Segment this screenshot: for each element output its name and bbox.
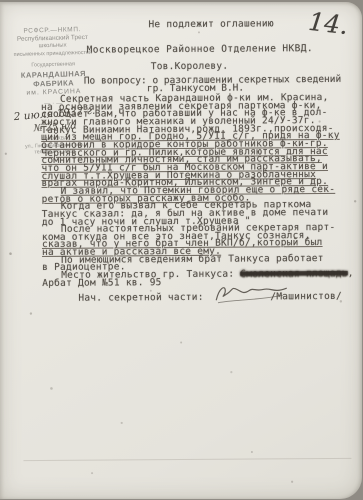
addressee-person: Тов.Королеву. (151, 61, 229, 73)
classification-stamp: Не подлежит оглашению (148, 18, 273, 30)
document-page: РСФСР.—НКМП. Республиканский Трест школь… (0, 2, 362, 499)
signature-row: Нач. секретной части: /Машинистов/ (0, 289, 363, 318)
crossed-out-text: Смоленская площадь (240, 268, 348, 280)
signature-label: Нач. секретной части: (78, 292, 203, 304)
body-text: Секретная часть Карандашной ф-ки им. Кра… (41, 94, 354, 288)
addressee-org: Москворецкое Районное Отделение НКВД. (87, 43, 313, 56)
body-line-text: , (348, 268, 354, 279)
paper-crease (23, 458, 351, 461)
typed-signer-name: /Машинистов/ (270, 291, 342, 302)
page-content: РСФСР.—НКМП. Республиканский Трест школь… (0, 1, 363, 500)
corner-page-number: 14. (307, 7, 350, 40)
